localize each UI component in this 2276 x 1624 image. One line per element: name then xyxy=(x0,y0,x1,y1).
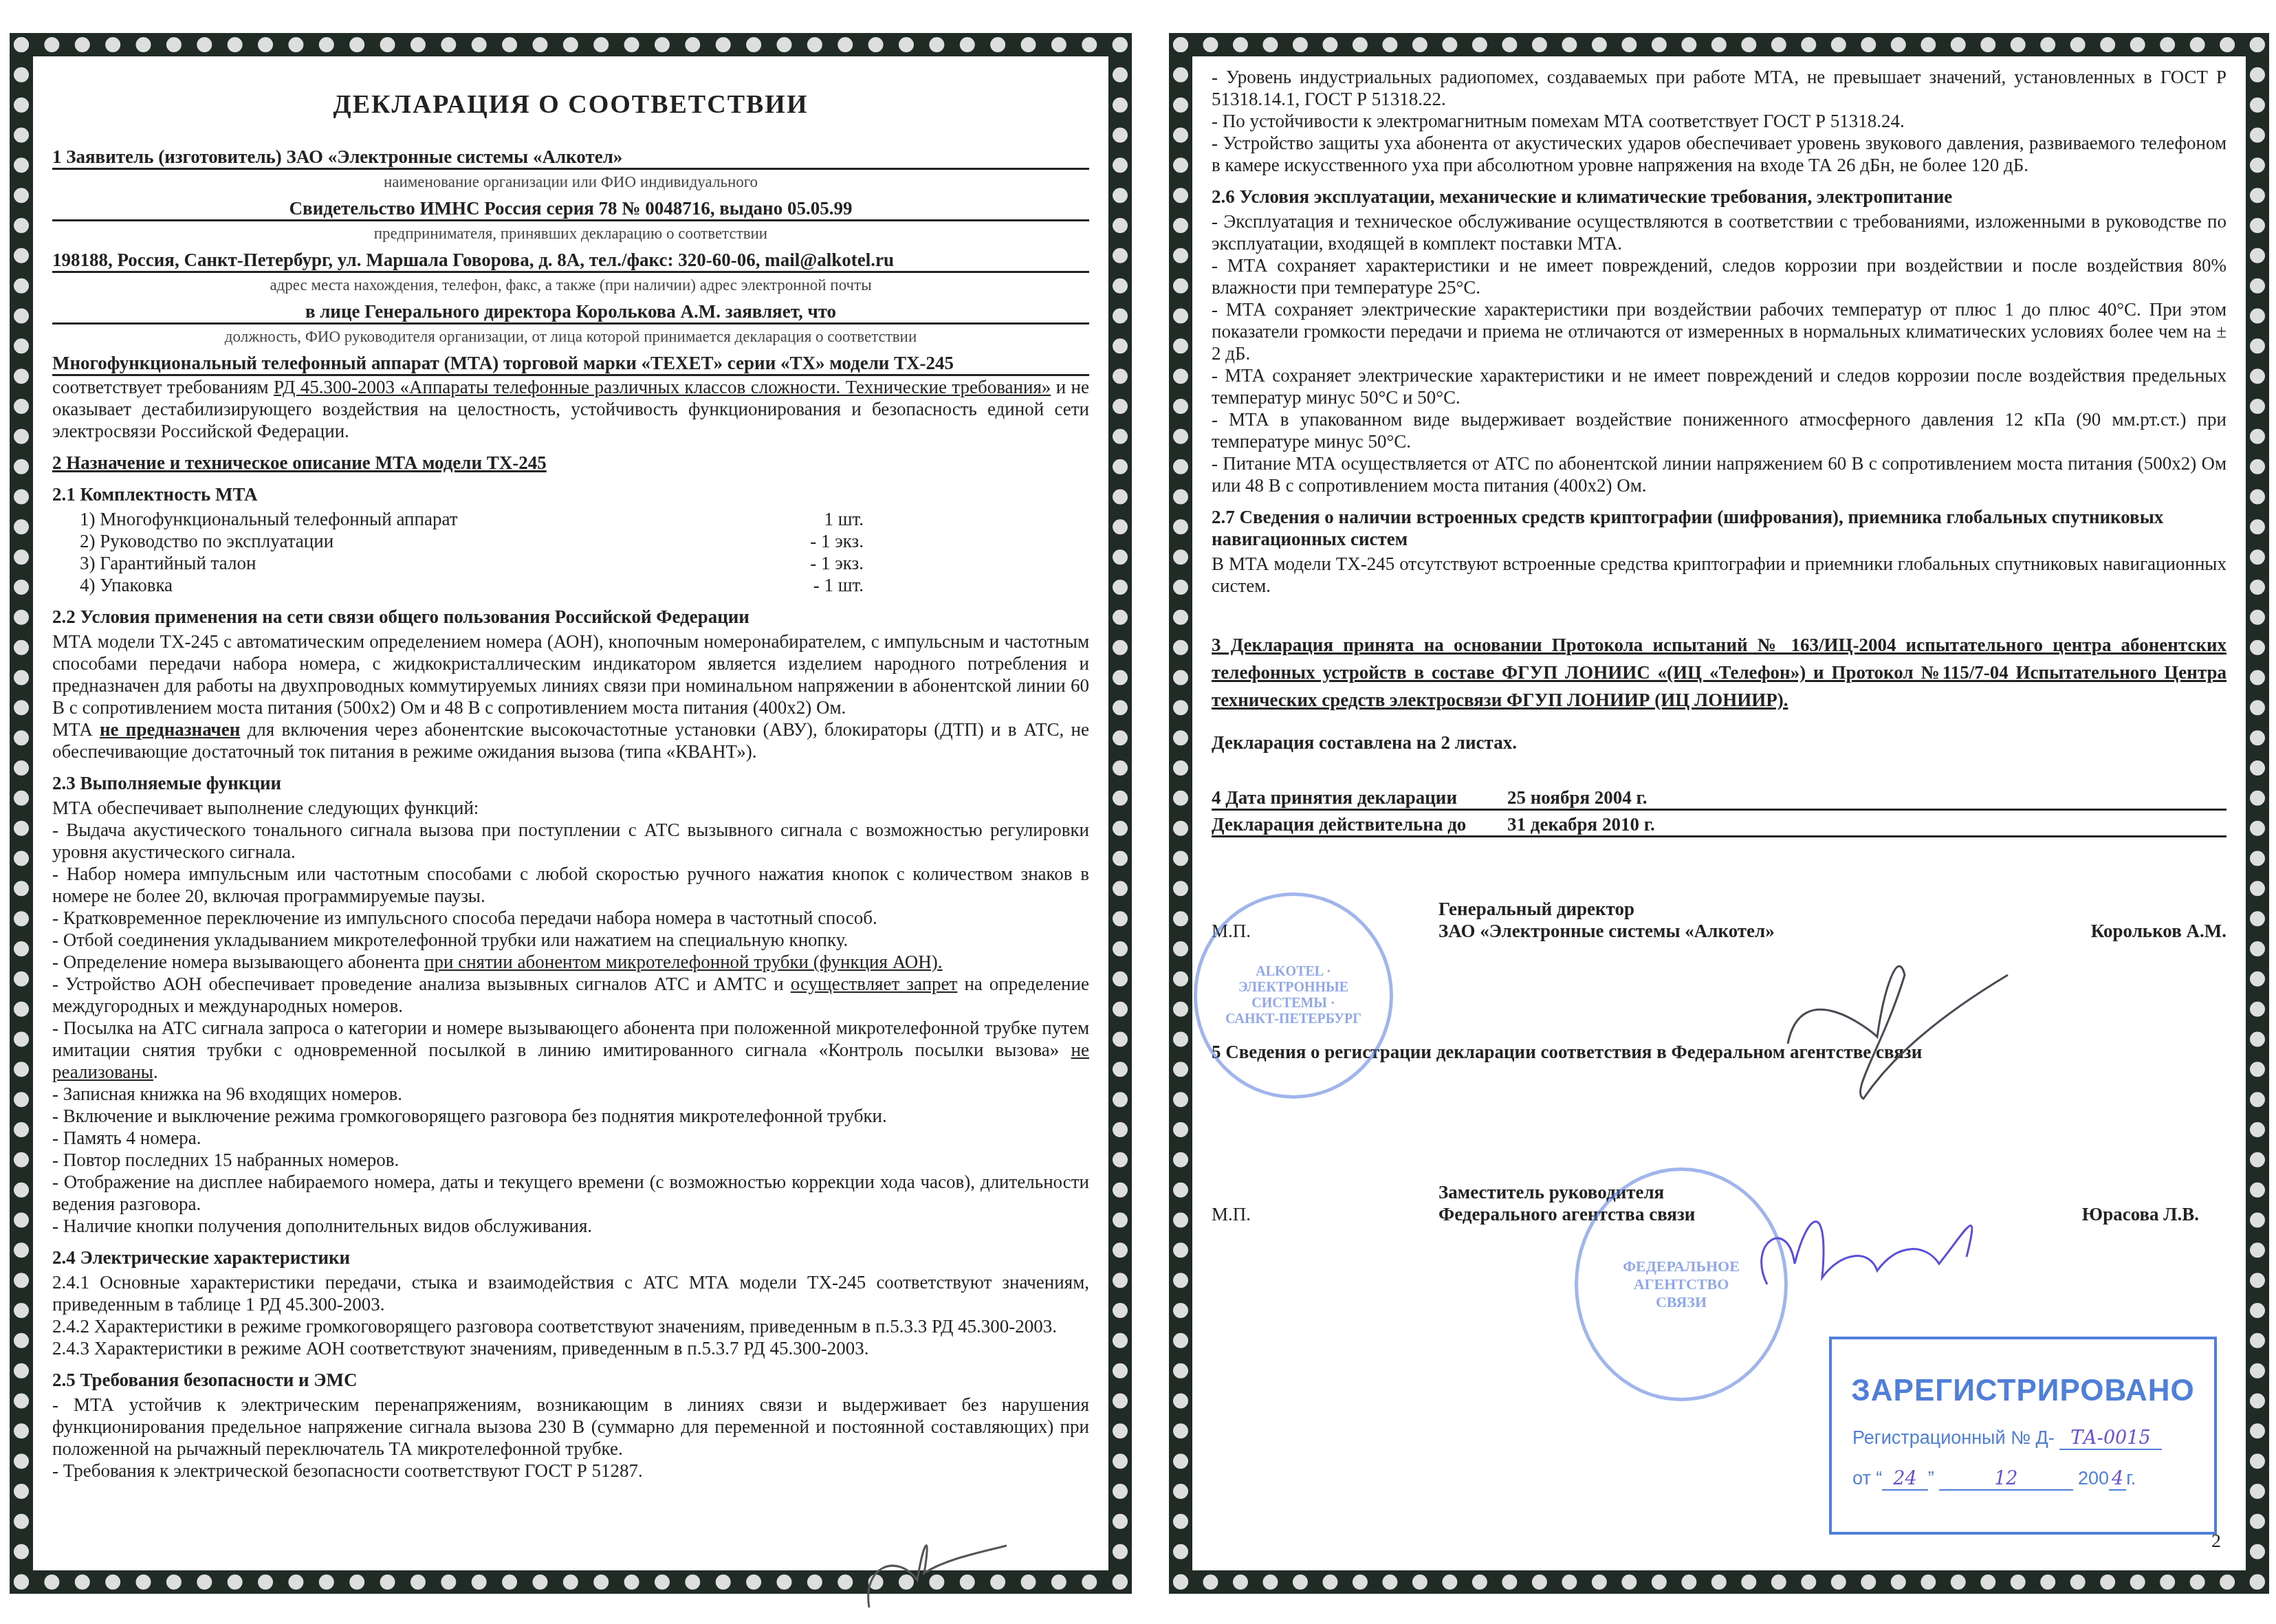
electrical-item: 2.4.1 Основные характеристики передачи, … xyxy=(52,1271,1089,1315)
functions-list: - Выдача акустического тонального сигнал… xyxy=(52,819,1089,951)
emc-item: - Уровень индустриальных радиопомех, соз… xyxy=(1212,66,2226,110)
function-send: - Посылка на АТС сигнала запроса о катег… xyxy=(52,1017,1089,1083)
safety-item: - МТА устойчив к электрическим перенапря… xyxy=(52,1394,1089,1460)
section-2-2-paragraph-1: МТА модели TX-245 с автоматическим опред… xyxy=(52,630,1089,718)
director-org: ЗАО «Электронные системы «Алкотел» xyxy=(1438,920,2091,942)
function-item: - Включение и выключение режима громкого… xyxy=(52,1105,1089,1127)
registration-number-label: Регистрационный № Д- xyxy=(1852,1427,2055,1448)
send-post: . xyxy=(153,1062,158,1082)
page-number: 2 xyxy=(2211,1530,2221,1552)
agency-seal-text: ФЕДЕРАЛЬНОЕ АГЕНТСТВО СВЯЗИ xyxy=(1612,1258,1750,1311)
p2-pre: МТА xyxy=(52,719,100,740)
safety-item: - Требования к электрической безопасност… xyxy=(52,1460,1089,1482)
operating-conditions-list: - Эксплуатация и техническое обслуживани… xyxy=(1212,210,2226,496)
emc-item: - По устойчивости к электромагнитным пом… xyxy=(1212,110,2226,132)
registration-number-row: Регистрационный № Д- ТА-0015 xyxy=(1852,1427,2214,1449)
safety-list: - МТА устойчив к электрическим перенапря… xyxy=(52,1394,1089,1482)
adoption-date-label: 4 Дата принятия декларации xyxy=(1212,787,1507,809)
deputy-title: Заместитель руководителя xyxy=(1438,1181,2082,1203)
not-intended-emphasis: не предназначен xyxy=(100,719,240,740)
registration-number-value: ТА-0015 xyxy=(2059,1427,2161,1450)
sheets-note: Декларация составлена на 2 листах. xyxy=(1212,732,2226,754)
signature-icon xyxy=(855,1525,1020,1614)
section-2-title: 2 Назначение и техническое описание МТА … xyxy=(52,452,1089,474)
function-item: - Повтор последних 15 набранных номеров. xyxy=(52,1149,1089,1171)
director-signature-icon xyxy=(1774,947,2028,1106)
applicant-line: 1 Заявитель (изготовитель) ЗАО «Электрон… xyxy=(52,146,1089,170)
declaration-page-2: - Уровень индустриальных радиопомех, соз… xyxy=(1169,33,2269,1594)
kit-list: 1) Многофункциональный телефонный аппара… xyxy=(52,508,1089,596)
kit-item: 1) Многофункциональный телефонный аппара… xyxy=(52,508,864,530)
function-aon-device: - Устройство АОН обеспечивает проведение… xyxy=(52,973,1089,1017)
function-aon: - Определение номера вызывающего абонент… xyxy=(52,951,1089,973)
section-2-7-text: В МТА модели TX-245 отсутствуют встроенн… xyxy=(1212,553,2226,597)
operating-item: - Питание МТА осуществляется от АТС по а… xyxy=(1212,452,2226,496)
kit-item-name: 3) Гарантийный талон xyxy=(80,552,256,574)
kit-item: 4) Упаковка- 1 шт. xyxy=(52,574,864,596)
aon-underlined: при снятии абонентом микротелефонной тру… xyxy=(424,952,943,972)
conformity-pre: соответствует требованиям xyxy=(52,377,274,397)
product-line: Многофункциональный телефонный аппарат (… xyxy=(52,352,1089,376)
represented-by-line: в лице Генерального директора Королькова… xyxy=(52,300,1089,325)
electrical-item: 2.4.3 Характеристики в режиме АОН соотве… xyxy=(52,1337,1089,1359)
deputy-name: Юрасова Л.В. xyxy=(2082,1203,2199,1225)
caption-org: наименование организации или ФИО индивид… xyxy=(52,171,1089,193)
operating-item: - МТА в упакованном виде выдерживает воз… xyxy=(1212,408,2226,452)
function-item: - Отбой соединения укладыванием микротел… xyxy=(52,929,1089,951)
adoption-date-value: 25 ноября 2004 г. xyxy=(1507,787,1648,809)
electrical-list: 2.4.1 Основные характеристики передачи, … xyxy=(52,1271,1089,1359)
function-item: - Выдача акустического тонального сигнал… xyxy=(52,819,1089,863)
section-2-1-title: 2.1 Комплектность МТА xyxy=(52,483,1089,505)
operating-item: - МТА сохраняет характеристики и не имее… xyxy=(1212,254,2226,298)
registration-stamp: ЗАРЕГИСТРИРОВАНО Регистрационный № Д- ТА… xyxy=(1829,1337,2217,1535)
registration-day: 24 xyxy=(1882,1468,1927,1491)
year-digit: 4 xyxy=(2109,1468,2126,1491)
operating-item: - МТА сохраняет электрические характерис… xyxy=(1212,364,2226,408)
function-item: - Кратковременное переключение из импуль… xyxy=(52,907,1089,929)
function-item: - Записная книжка на 96 входящих номеров… xyxy=(52,1083,1089,1105)
kit-item-name: 1) Многофункциональный телефонный аппара… xyxy=(80,508,458,530)
function-item: - Наличие кнопки получения дополнительны… xyxy=(52,1215,1089,1237)
section-2-4-title: 2.4 Электрические характеристики xyxy=(52,1247,1089,1269)
section-2-3-intro: МТА обеспечивает выполнение следующих фу… xyxy=(52,797,1089,819)
dev-pre: - Устройство АОН обеспечивает проведение… xyxy=(52,974,791,994)
kit-item-qty: - 1 экз. xyxy=(810,530,864,552)
seal-place-label: М.П. xyxy=(1212,1203,1438,1225)
function-item: - Отображение на дисплее набираемого ном… xyxy=(52,1171,1089,1215)
document-title: ДЕКЛАРАЦИЯ О СООТВЕТСТВИИ xyxy=(52,94,1089,116)
registration-date-row: от “24” 12 2004г. xyxy=(1852,1468,2214,1489)
function-item: - Набор номера импульсным или частотным … xyxy=(52,863,1089,907)
dev-underlined: осуществляет запрет xyxy=(791,974,958,994)
registered-label: ЗАРЕГИСТРИРОВАНО xyxy=(1832,1374,2214,1408)
company-seal-text: ALKOTEL · ЭЛЕКТРОННЫЕ СИСТЕМЫ · САНКТ-ПЕ… xyxy=(1225,964,1362,1027)
page-1-content: ДЕКЛАРАЦИЯ О СООТВЕТСТВИИ 1 Заявитель (и… xyxy=(52,74,1089,1552)
section-2-7-title: 2.7 Сведения о наличии встроенных средст… xyxy=(1212,506,2226,550)
registration-month: 12 xyxy=(1939,1468,2072,1491)
kit-item-qty: - 1 шт. xyxy=(813,574,864,596)
functions-list-2: - Записная книжка на 96 входящих номеров… xyxy=(52,1083,1089,1237)
caption-head: должность, ФИО руководителя организации,… xyxy=(52,326,1089,348)
kit-item-name: 2) Руководство по эксплуатации xyxy=(80,530,333,552)
valid-until-label: Декларация действительна до xyxy=(1212,813,1507,835)
section-2-2-title: 2.2 Условия применения на сети связи общ… xyxy=(52,606,1089,628)
company-seal: ALKOTEL · ЭЛЕКТРОННЫЕ СИСТЕМЫ · САНКТ-ПЕ… xyxy=(1194,892,1393,1099)
function-item: - Память 4 номера. xyxy=(52,1127,1089,1149)
declaration-page-1: ДЕКЛАРАЦИЯ О СООТВЕТСТВИИ 1 Заявитель (и… xyxy=(10,33,1132,1594)
kit-item: 2) Руководство по эксплуатации- 1 экз. xyxy=(52,530,864,552)
deputy-signature-icon xyxy=(1747,1202,2022,1298)
send-pre: - Посылка на АТС сигнала запроса о катег… xyxy=(52,1018,1089,1060)
section-2-5-title: 2.5 Требования безопасности и ЭМС xyxy=(52,1369,1089,1391)
kit-item-qty: 1 шт. xyxy=(824,508,864,530)
address-line: 198188, Россия, Санкт-Петербург, ул. Мар… xyxy=(52,249,1089,273)
electrical-item: 2.4.2 Характеристики в режиме громкогово… xyxy=(52,1315,1089,1337)
kit-item: 3) Гарантийный талон- 1 экз. xyxy=(52,552,864,574)
valid-until-row: Декларация действительна до 31 декабря 2… xyxy=(1212,813,2226,837)
adoption-date-row: 4 Дата принятия декларации 25 ноября 200… xyxy=(1212,787,2226,811)
operating-item: - Эксплуатация и техническое обслуживани… xyxy=(1212,210,2226,254)
section-3-basis: 3 Декларация принята на основании Проток… xyxy=(1212,631,2226,714)
caption-entrepreneur: предпринимателя, принявших декларацию о … xyxy=(52,223,1089,245)
kit-item-name: 4) Упаковка xyxy=(80,574,173,596)
director-name: Корольков А.М. xyxy=(2091,920,2226,942)
director-title: Генеральный директор xyxy=(1438,898,2091,920)
emc-list: - Уровень индустриальных радиопомех, соз… xyxy=(1212,66,2226,176)
year-suffix: г. xyxy=(2126,1468,2136,1489)
conformity-paragraph: соответствует требованиям РД 45.300-2003… xyxy=(52,376,1089,442)
section-2-6-title: 2.6 Условия эксплуатации, механические и… xyxy=(1212,186,2226,208)
section-2-3-title: 2.3 Выполняемые функции xyxy=(52,772,1089,794)
aon-pre: - Определение номера вызывающего абонент… xyxy=(52,952,424,972)
standard-reference: РД 45.300-2003 «Аппараты телефонные разл… xyxy=(274,377,1051,397)
emc-item: - Устройство защиты уха абонента от акус… xyxy=(1212,132,2226,176)
caption-address: адрес места нахождения, телефон, факс, а… xyxy=(52,274,1089,296)
operating-item: - МТА сохраняет электрические характерис… xyxy=(1212,298,2226,364)
year-prefix: 200 xyxy=(2078,1468,2109,1489)
date-prefix: от “ xyxy=(1852,1468,1882,1489)
kit-item-qty: - 1 экз. xyxy=(810,552,864,574)
section-2-2-paragraph-2: МТА не предназначен для включения через … xyxy=(52,718,1089,762)
valid-until-value: 31 декабря 2010 г. xyxy=(1507,813,1655,835)
certificate-line: Свидетельство ИМНС Россия серия 78 № 004… xyxy=(52,197,1089,221)
